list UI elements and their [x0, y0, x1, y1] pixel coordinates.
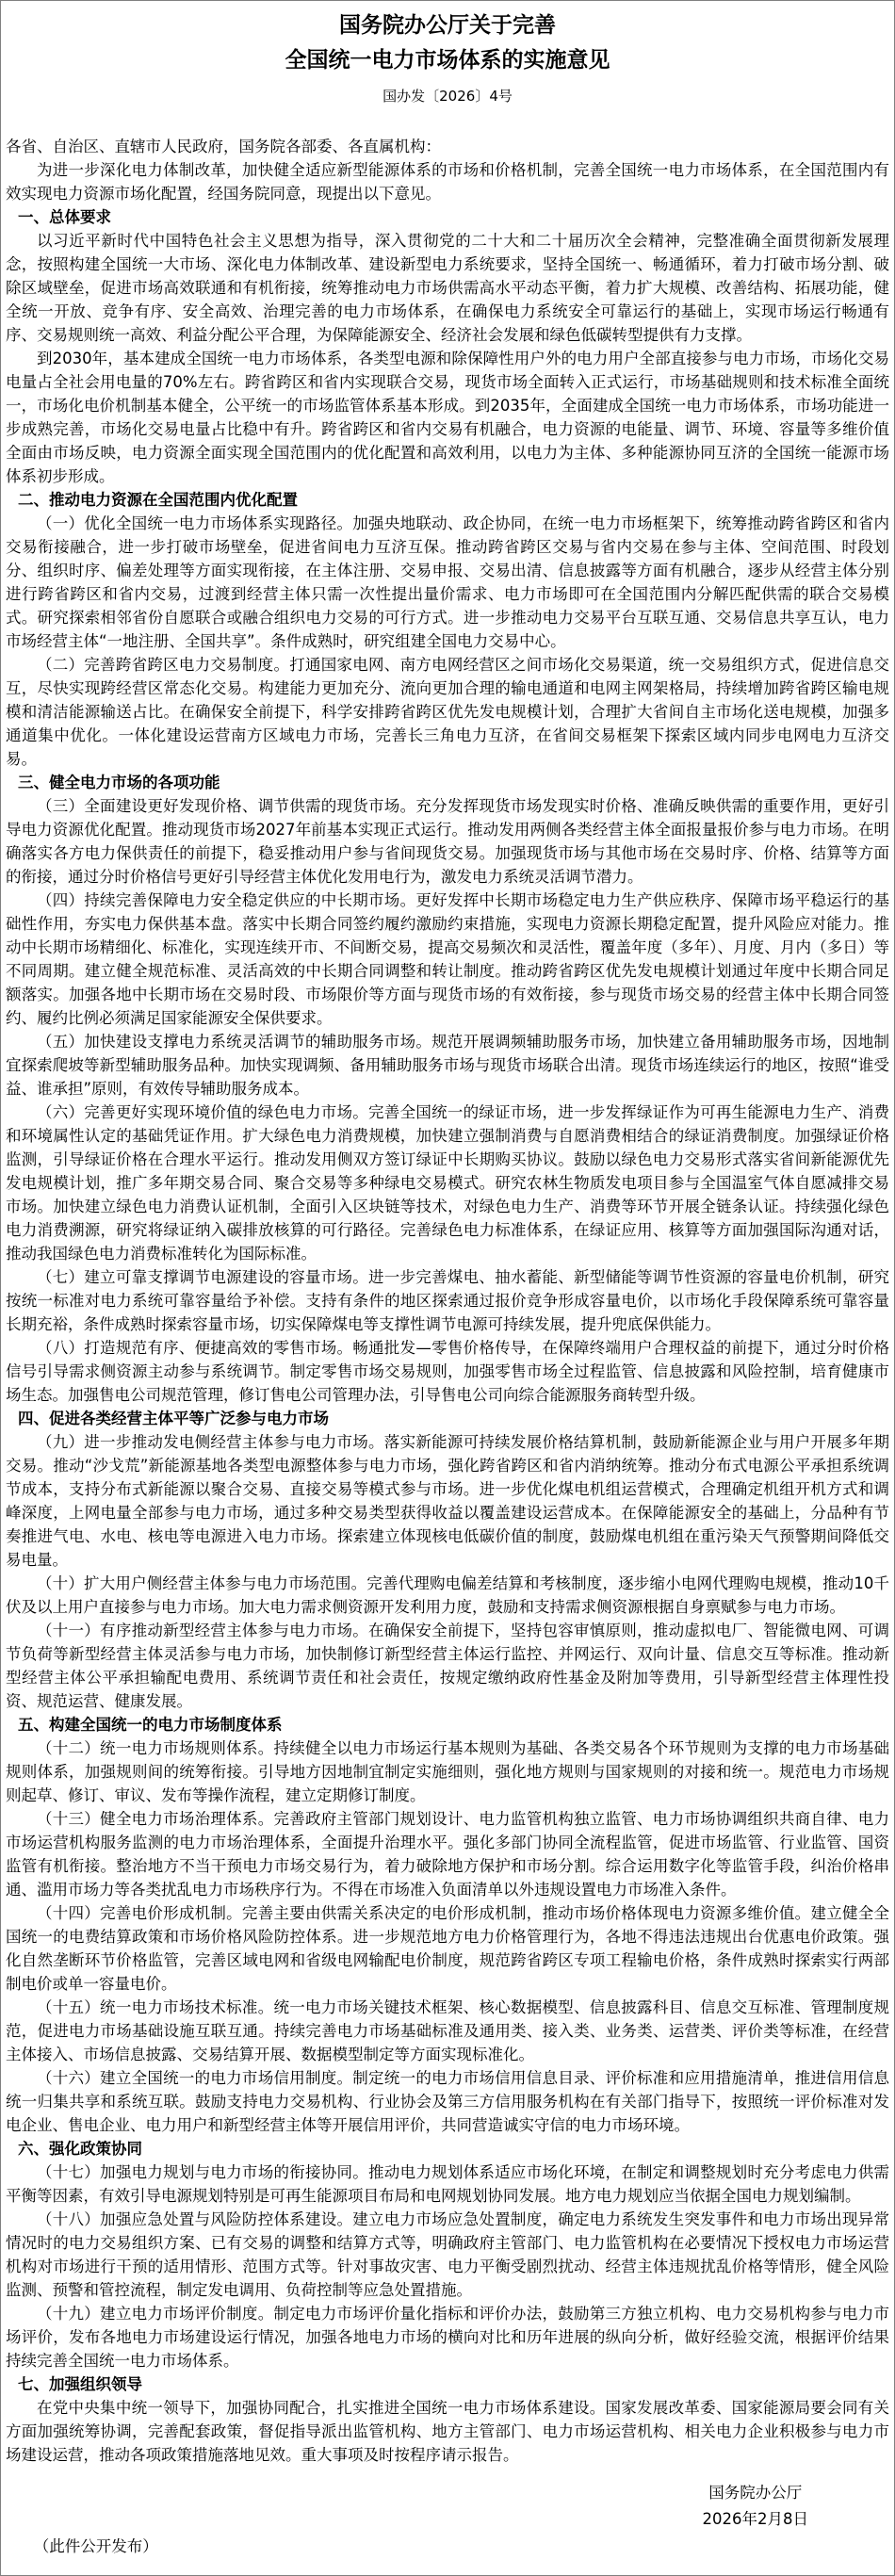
section-heading: 六、强化政策协同: [6, 2137, 889, 2160]
section-heading: 七、加强组织领导: [6, 2372, 889, 2396]
doc-number: 国办发〔2026〕4号: [6, 86, 889, 106]
body-paragraph: 以习近平新时代中国特色社会主义思想为指导，深入贯彻党的二十大和二十届历次全会精神…: [6, 229, 889, 347]
body-paragraph: （四）持续完善保障电力安全稳定供应的中长期市场。更好发挥中长期市场稳定电力生产供…: [6, 889, 889, 1030]
body-paragraph: （八）打造规范有序、便捷高效的零售市场。畅通批发—零售价格传导，在保障终端用户合…: [6, 1336, 889, 1407]
body-paragraph: （六）完善更好实现环境价值的绿色电力市场。完善全国统一的绿证市场，进一步发挥绿证…: [6, 1101, 889, 1265]
body-paragraph: （十四）完善电价形成机制。完善主要由供需关系决定的电价形成机制，推动市场价格体现…: [6, 1901, 889, 1996]
document-page: 国务院办公厅关于完善 全国统一电力市场体系的实施意见 国办发〔2026〕4号 各…: [0, 0, 895, 2576]
body-paragraph: （十）扩大用户侧经营主体参与电力市场范围。完善代理购电偏差结算和考核制度，逐步缩…: [6, 1572, 889, 1619]
body-paragraph: （三）全面建设更好发现价格、调节供需的现货市场。充分发挥现货市场发现实时价格、准…: [6, 794, 889, 889]
body-paragraph: （十二）统一电力市场规则体系。持续健全以电力市场运行基本规则为基础、各类交易各个…: [6, 1736, 889, 1807]
body-paragraph: （二）完善跨省跨区电力交易制度。打通国家电网、南方电网经营区之间市场化交易渠道，…: [6, 653, 889, 771]
signature-inner: 国务院办公厅 2026年2月8日: [703, 2480, 809, 2533]
sections-container: 一、总体要求以习近平新时代中国特色社会主义思想为指导，深入贯彻党的二十大和二十届…: [6, 205, 889, 2467]
body-paragraph: （十五）统一电力市场技术标准。统一电力市场关键技术框架、核心数据模型、信息披露科…: [6, 1996, 889, 2066]
body-paragraph: （十一）有序推动新型经营主体参与电力市场。在确保安全前提下，坚持包容审慎原则，推…: [6, 1619, 889, 1713]
body-paragraph: （十九）建立电力市场评价制度。制定电力市场评价量化指标和评价办法，鼓励第三方独立…: [6, 2302, 889, 2372]
body-paragraph: （九）进一步推动发电侧经营主体参与电力市场。落实新能源可持续发展价格结算机制，鼓…: [6, 1430, 889, 1572]
body-paragraph: 到2030年，基本建成全国统一电力市场体系，各类型电源和除保障性用户外的电力用户…: [6, 347, 889, 488]
body-paragraph: 在党中央集中统一领导下，加强协同配合，扎实推进全国统一电力市场体系建设。国家发展…: [6, 2396, 889, 2467]
footer-note: （此件公开发布）: [6, 2535, 889, 2558]
salutation: 各省、自治区、直辖市人民政府，国务院各部委、各直属机构：: [6, 135, 889, 158]
signature-date: 2026年2月8日: [703, 2506, 809, 2533]
doc-title-line2: 全国统一电力市场体系的实施意见: [6, 43, 889, 78]
body-paragraph: （十六）建立全国统一的电力市场信用制度。制定统一的电力市场信用信息目录、评价标准…: [6, 2066, 889, 2137]
section-heading: 二、推动电力资源在全国范围内优化配置: [6, 488, 889, 512]
body-paragraph: （十七）加强电力规划与电力市场的衔接协同。推动电力规划体系适应市场化环境，在制定…: [6, 2160, 889, 2208]
section-heading: 一、总体要求: [6, 205, 889, 229]
signature-org: 国务院办公厅: [703, 2480, 809, 2506]
section-heading: 三、健全电力市场的各项功能: [6, 771, 889, 794]
body-paragraph: （五）加快建设支撑电力系统灵活调节的辅助服务市场。规范开展调频辅助服务市场，加快…: [6, 1030, 889, 1101]
section-heading: 四、促进各类经营主体平等广泛参与电力市场: [6, 1407, 889, 1430]
section-heading: 五、构建全国统一的电力市场制度体系: [6, 1713, 889, 1736]
doc-title-line1: 国务院办公厅关于完善: [6, 8, 889, 43]
body-paragraph: （一）优化全国统一电力市场体系实现路径。加强央地联动、政企协同，在统一电力市场框…: [6, 512, 889, 653]
intro-paragraph: 为进一步深化电力体制改革，加快健全适应新型能源体系的市场和价格机制，完善全国统一…: [6, 158, 889, 205]
body-paragraph: （十八）加强应急处置与风险防控体系建设。建立电力市场应急处置制度，确定电力系统发…: [6, 2208, 889, 2302]
body-paragraph: （七）建立可靠支撑调节电源建设的容量市场。进一步完善煤电、抽水蓄能、新型储能等调…: [6, 1265, 889, 1336]
body-paragraph: （十三）健全电力市场治理体系。完善政府主管部门规划设计、电力监管机构独立监管、电…: [6, 1807, 889, 1901]
signature-block: 国务院办公厅 2026年2月8日: [6, 2480, 889, 2533]
